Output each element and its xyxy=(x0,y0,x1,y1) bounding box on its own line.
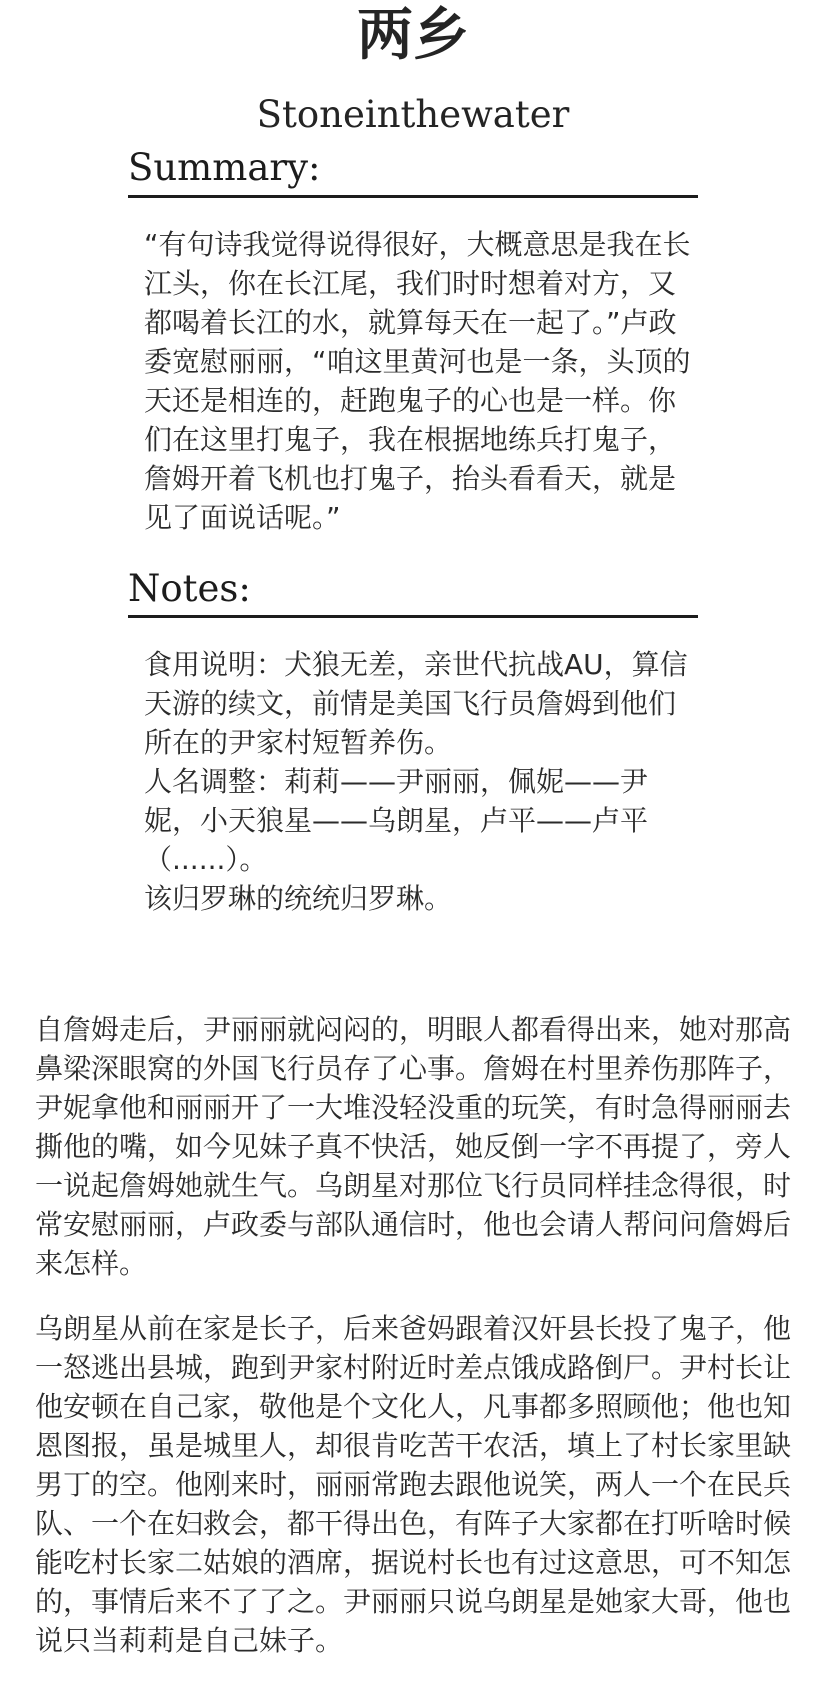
author-link[interactable]: Stoneinthewater xyxy=(257,93,570,136)
chapter-text: 自詹姆走后，尹丽丽就闷闷的，明眼人都看得出来，她对那高鼻梁深眼窝的外国飞行员存了… xyxy=(35,1010,793,1690)
chapter-paragraph: 自詹姆走后，尹丽丽就闷闷的，明眼人都看得出来，她对那高鼻梁深眼窝的外国飞行员存了… xyxy=(35,1010,793,1283)
notes-paragraph: 食用说明：犬狼无差，亲世代抗战AU，算信天游的续文，前情是美国飞行员詹姆到他们所… xyxy=(144,645,696,762)
chapter-paragraph: 乌朗星从前在家是长子，后来爸妈跟着汉奸县长投了鬼子，他一怒逃出县城，跑到尹家村附… xyxy=(35,1309,793,1660)
notes-paragraph: 该归罗琳的统统归罗琳。 xyxy=(144,879,696,918)
notes-paragraph: 人名调整：莉莉——尹丽丽，佩妮——尹妮，小天狼星——乌朗星，卢平——卢平（...… xyxy=(144,762,696,879)
author-byline: Stoneinthewater xyxy=(128,95,698,136)
work-page: 两乡 Stoneinthewater Summary: “有句诗我觉得说得很好，… xyxy=(0,2,828,1690)
summary-heading: Summary: xyxy=(128,148,698,198)
work-title: 两乡 xyxy=(128,2,698,69)
notes-blockquote: 食用说明：犬狼无差，亲世代抗战AU，算信天游的续文，前情是美国飞行员詹姆到他们所… xyxy=(144,645,696,918)
summary-paragraph: “有句诗我觉得说得很好，大概意思是我在长江头，你在长江尾，我们时时想着对方，又都… xyxy=(144,225,696,537)
notes-heading: Notes: xyxy=(128,569,698,619)
work-preface: 两乡 Stoneinthewater Summary: “有句诗我觉得说得很好，… xyxy=(128,2,698,918)
summary-blockquote: “有句诗我觉得说得很好，大概意思是我在长江头，你在长江尾，我们时时想着对方，又都… xyxy=(144,225,696,537)
